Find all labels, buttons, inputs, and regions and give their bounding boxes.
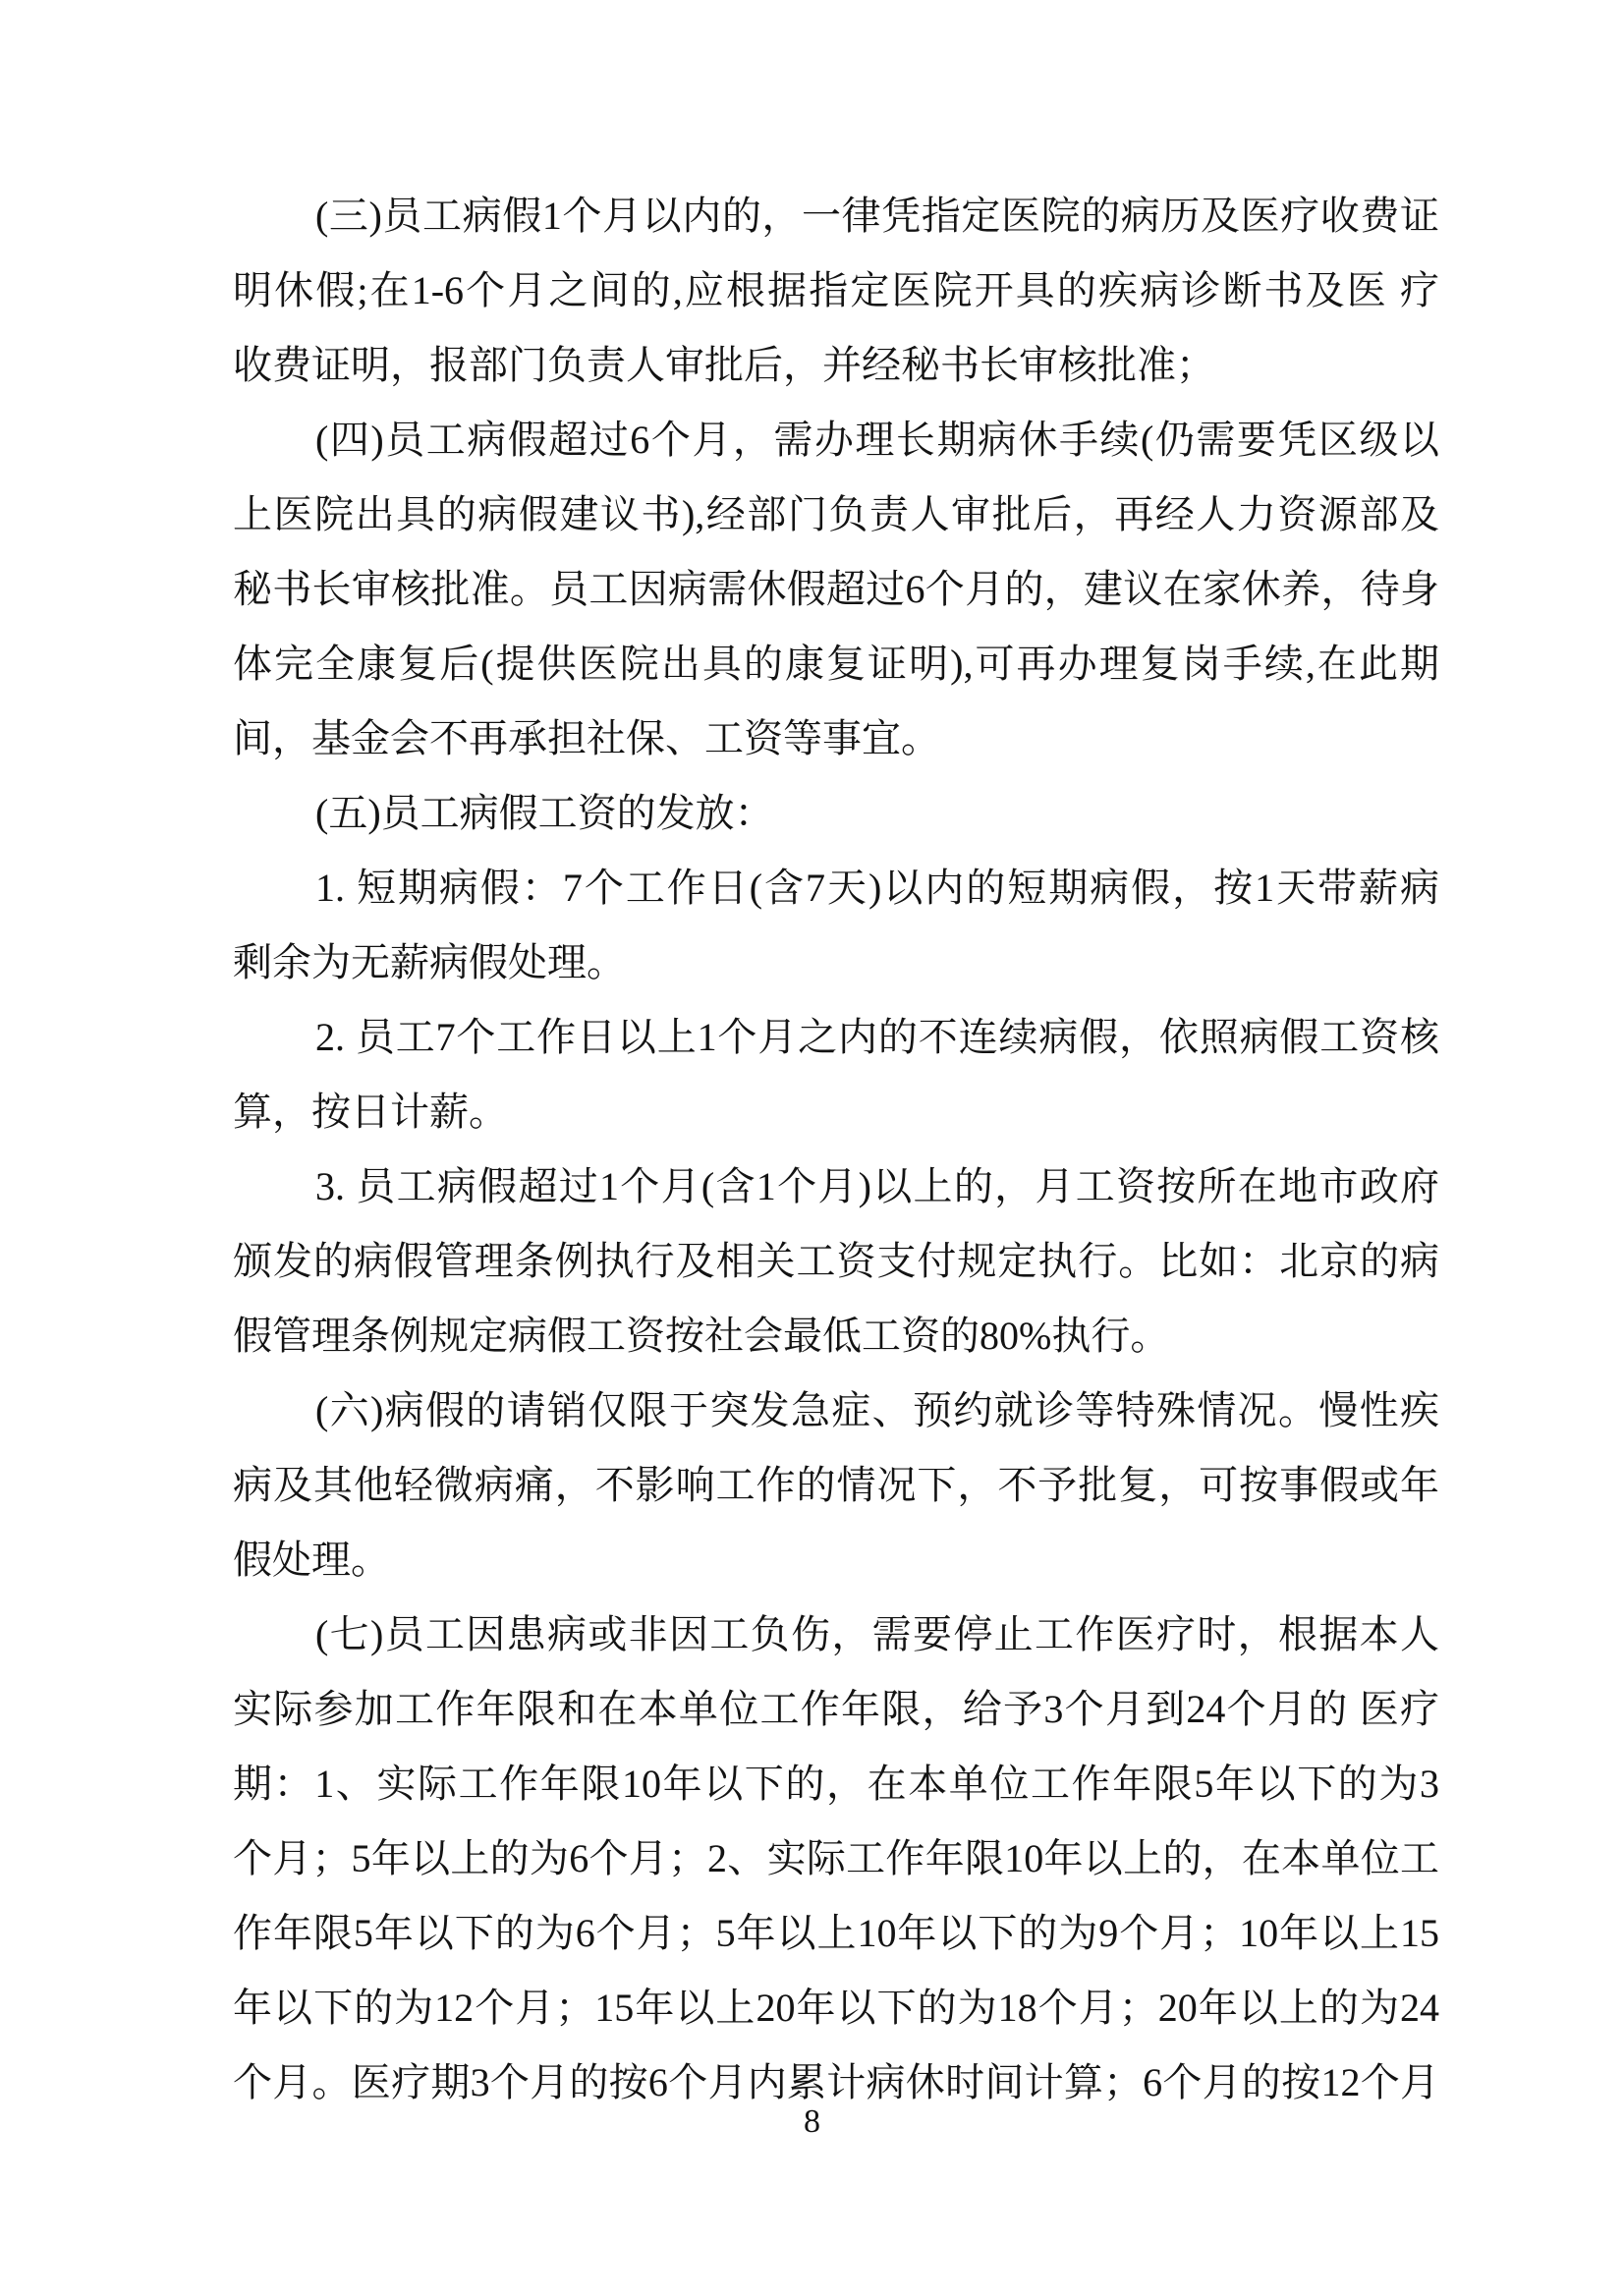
document-line: (五)员工病假工资的发放：: [233, 776, 1439, 851]
document-line: 3. 员工病假超过1个月(含1个月)以上的，月工资按所在地市政府: [233, 1149, 1439, 1224]
document-line: 实际参加工作年限和在本单位工作年限，给予3个月到24个月的 医疗: [233, 1672, 1439, 1747]
document-line: (四)员工病假超过6个月，需办理长期病休手续(仍需要凭区级以: [233, 403, 1439, 477]
page-number-label: 8: [0, 2100, 1624, 2144]
document-line: 作年限5年以下的为6个月；5年以上10年以下的为9个月；10年以上15: [233, 1896, 1439, 1971]
document-line: 年以下的为12个月；15年以上20年以下的为18个月；20年以上的为24: [233, 1971, 1439, 2045]
document-line: 间，基金会不再承担社保、工资等事宜。: [233, 701, 1439, 776]
document-text-block: (三)员工病假1个月以内的，一律凭指定医院的病历及医疗收费证明休假;在1-6个月…: [233, 179, 1439, 2120]
document-line: 上医院出具的病假建议书),经部门负责人审批后，再经人力资源部及: [233, 477, 1439, 552]
document-line: 收费证明，报部门负责人审批后，并经秘书长审核批准；: [233, 328, 1439, 403]
document-line: 1. 短期病假：7个工作日(含7天)以内的短期病假，按1天带薪病假，: [233, 851, 1439, 925]
document-line: 明休假;在1-6个月之间的,应根据指定医院开具的疾病诊断书及医 疗: [233, 253, 1439, 328]
document-line: 期：1、实际工作年限10年以下的，在本单位工作年限5年以下的为3: [233, 1747, 1439, 1821]
document-line: 颁发的病假管理条例执行及相关工资支付规定执行。比如：北京的病: [233, 1224, 1439, 1299]
document-line: (六)病假的请销仅限于突发急症、预约就诊等特殊情况。慢性疾: [233, 1373, 1439, 1448]
document-line: (三)员工病假1个月以内的，一律凭指定医院的病历及医疗收费证: [233, 179, 1439, 253]
document-line: 算，按日计薪。: [233, 1075, 1439, 1149]
document-line: (七)员工因患病或非因工负伤，需要停止工作医疗时，根据本人: [233, 1597, 1439, 1672]
document-line: 剩余为无薪病假处理。: [233, 925, 1439, 1000]
document-line: 体完全康复后(提供医院出具的康复证明),可再办理复岗手续,在此期: [233, 627, 1439, 701]
document-line: 2. 员工7个工作日以上1个月之内的不连续病假，依照病假工资核: [233, 1000, 1439, 1075]
document-line: 假管理条例规定病假工资按社会最低工资的80%执行。: [233, 1299, 1439, 1373]
document-page: (三)员工病假1个月以内的，一律凭指定医院的病历及医疗收费证明休假;在1-6个月…: [0, 0, 1624, 2296]
document-line: 秘书长审核批准。员工因病需休假超过6个月的，建议在家休养，待身: [233, 552, 1439, 627]
document-line: 假处理。: [233, 1523, 1439, 1597]
document-line: 病及其他轻微病痛，不影响工作的情况下，不予批复，可按事假或年: [233, 1448, 1439, 1523]
document-line: 个月；5年以上的为6个月；2、实际工作年限10年以上的，在本单位工: [233, 1821, 1439, 1896]
